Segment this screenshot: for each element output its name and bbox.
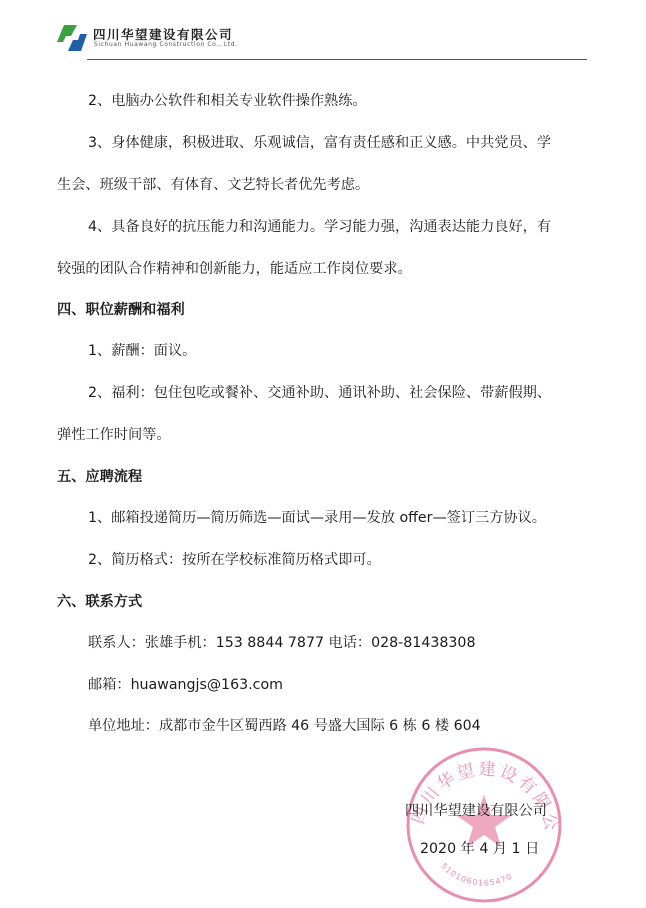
svg-text:5101060165470: 5101060165470 [439, 861, 514, 887]
contact-address: 单位地址：成都市金牛区蜀西路 46 号盛大国际 6 栋 6 楼 604 [88, 715, 481, 735]
requirement-4-line2: 较强的团队合作精神和创新能力，能适应工作岗位要求。 [57, 258, 412, 278]
requirement-3-line1: 3、身体健康，积极进取、乐观诚信，富有责任感和正义感。中共党员、学 [88, 132, 551, 152]
section-5-heading: 五、应聘流程 [57, 466, 142, 486]
company-logo-icon [55, 23, 89, 53]
process-item-2: 2、简历格式：按所在学校标准简历格式即可。 [88, 549, 381, 569]
salary-item: 1、薪酬：面议。 [88, 340, 196, 360]
benefits-line1: 2、福利：包住包吃或餐补、交通补助、通讯补助、社会保险、带薪假期、 [88, 382, 551, 402]
company-seal-icon: 四川华望建设有限公司 5101060165470 [400, 745, 568, 905]
signature-company: 四川华望建设有限公司 [405, 800, 547, 820]
letterhead-company-en: Sichuan Huawang Construction Co., Ltd. [94, 41, 238, 48]
contact-person: 联系人：张雄手机：153 8844 7877 电话：028-81438308 [88, 632, 475, 652]
benefits-line2: 弹性工作时间等。 [57, 424, 171, 444]
process-item-1: 1、邮箱投递简历—简历筛选—面试—录用—发放 offer—签订三方协议。 [88, 507, 546, 527]
contact-email: 邮箱：huawangjs@163.com [88, 674, 283, 694]
requirement-4-line1: 4、具备良好的抗压能力和沟通能力。学习能力强，沟通表达能力良好，有 [88, 216, 551, 236]
requirement-2: 2、电脑办公软件和相关专业软件操作熟练。 [88, 90, 367, 110]
section-4-heading: 四、职位薪酬和福利 [57, 299, 185, 319]
header-divider [87, 59, 587, 60]
requirement-3-line2: 生会、班级干部、有体育、文艺特长者优先考虑。 [57, 174, 369, 194]
signature-date: 2020 年 4 月 1 日 [420, 838, 539, 858]
section-6-heading: 六、联系方式 [57, 591, 142, 611]
letterhead: 四川华望建设有限公司 Sichuan Huawang Construction … [55, 22, 585, 56]
